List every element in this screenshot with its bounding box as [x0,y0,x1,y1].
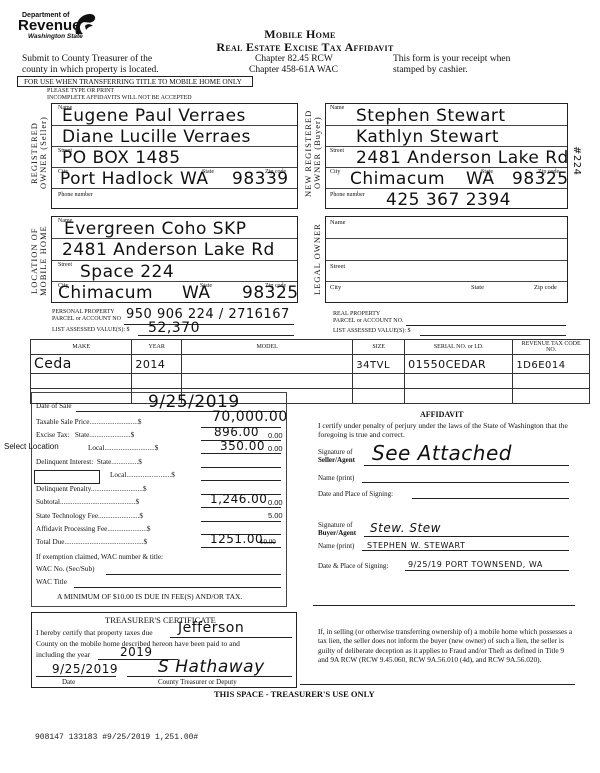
affidavit-title: AFFIDAVIT [420,410,463,419]
buyer-city-label: City [330,169,340,175]
cell-year[interactable] [132,374,182,389]
buyer-phone-row[interactable]: Phone number 425 367 2394 [326,189,567,210]
seller-name-1: Eugene Paul Verraes [62,107,246,125]
cell-serial[interactable]: 01550CEDAR [405,355,513,374]
treasurer-county: Jefferson [178,622,244,635]
cell-tax-code[interactable]: 1D6E014 [513,355,590,374]
lien-notice-top-rule [313,605,575,606]
treasurer-date-label: Date [62,678,75,686]
treasurer-date: 9/25/2019 [52,663,118,676]
minimum-notice: A MINIMUM OF $10.00 IS DUE IN FEE(S) AND… [57,592,242,601]
cell-serial[interactable] [405,389,513,404]
buyer-city-row[interactable]: City Chimacum State WA Zip code 98325 [326,168,567,189]
treasurer-line1: I hereby certify that property taxes due [36,628,153,637]
table-header-row: MAKE YEAR MODEL SIZE SERIAL NO. or I.D. … [31,340,590,355]
seller-phone-row[interactable]: Phone number [52,189,297,210]
location-name: Evergreen Coho SKP [64,220,247,238]
buyer-date-label: Date & Place of Signing: [318,562,388,570]
location-city-row[interactable]: City Chimacum State WA Zip code 98325 [52,282,297,304]
buyer-street: 2481 Anderson Lake Rd [356,149,569,167]
location-zip: 98325 [242,284,299,302]
legal-name-row[interactable]: Name [326,217,567,239]
buyer-date-line[interactable] [405,570,569,571]
seller-street: PO BOX 1485 [62,149,181,167]
lien-notice-bottom-rule [300,684,575,685]
buyer-name-line[interactable] [362,550,569,551]
cell-make[interactable] [31,374,132,389]
seller-city-row[interactable]: City Port Hadlock State WA Zip code 9833… [52,168,297,189]
buyer-name: STEPHEN W. STEWART [367,541,465,550]
buyer-section-label: NEW REGISTERED OWNER (Buyer) [304,103,322,203]
treasurer-county-line[interactable] [170,637,292,638]
col-make: MAKE [31,340,132,355]
location-select-dropdown[interactable] [34,470,100,484]
col-serial: SERIAL NO. or I.D. [405,340,513,355]
location-line2-row[interactable]: 2481 Anderson Lake Rd [52,239,297,261]
buyer-name-label: Name (print) [318,542,354,550]
subtotal-value: 1,246.00 [210,493,267,506]
wac-no-line[interactable] [106,574,281,575]
date-of-sale-label: Date of Sale [36,402,72,410]
cell-size[interactable] [353,389,405,404]
tech-fee-value: 5.00 [268,511,283,520]
tech-fee-line[interactable] [201,521,281,522]
real-parcel-line[interactable] [406,325,566,326]
col-year: YEAR [132,340,182,355]
treasurer-use-only-heading: THIS SPACE - TREASURER'S USE ONLY [214,689,375,699]
total-due-struck: 10.00 [260,538,276,546]
location-street-row[interactable]: Street Space 224 [52,261,297,282]
treasurer-sig-label: County Treasurer or Deputy [158,678,237,686]
buyer-name-1: Stephen Stewart [356,107,506,125]
subtotal-printed: 0.00 [268,498,283,507]
cell-tax-code[interactable] [513,374,590,389]
total-due-label: Total Due...............................… [36,538,147,546]
location-street-label: Street [58,262,72,268]
buyer-name-row-1[interactable]: Name Stephen Stewart [326,104,567,126]
personal-parcel-label-2: PARCEL or ACCOUNT NO [52,316,121,323]
chapter-rcw: Chapter 82.45 RCW [255,54,333,65]
legal-owner-section-label: LEGAL OWNER [312,216,322,303]
location-city: Chimacum [58,284,153,302]
location-line2: 2481 Anderson Lake Rd [62,241,275,259]
buyer-signature: Stew. Stew [370,522,441,535]
buyer-street-row[interactable]: Street 2481 Anderson Lake Rd [326,147,567,168]
seller-signature: See Attached [372,444,512,462]
lien-notice: If, in selling (or otherwise transferrin… [318,627,576,664]
cell-serial[interactable] [405,374,513,389]
seller-name-row-1[interactable]: Name Eugene Paul Verraes [52,104,297,126]
personal-assessed-value: 52,370 [148,322,200,335]
exemption-label: If exemption claimed, WAC number & title… [36,553,163,561]
transfer-notice-box: FOR USE WHEN TRANSFERRING TITLE TO MOBIL… [17,76,253,87]
buyer-street-label: Street [330,148,344,154]
affidavit-statement: I certify under penalty of perjury under… [318,421,570,439]
wac-title-line[interactable] [74,587,281,588]
cell-year[interactable]: 2014 [132,355,182,374]
location-block: Name Evergreen Coho SKP 2481 Anderson La… [51,216,298,303]
seller-zip: 98339 [232,170,289,188]
cell-model[interactable] [182,374,353,389]
legal-name-label: Name [330,219,346,226]
subtotal-label: Subtotal................................… [36,498,139,506]
personal-parcel-label-1: PERSONAL PROPERTY [52,309,115,316]
col-size: SIZE [353,340,405,355]
legal-state-label: State [471,284,484,291]
location-name-row[interactable]: Name Evergreen Coho SKP [52,217,297,239]
select-location-label[interactable]: Select Location [4,442,59,451]
cell-tax-code[interactable] [513,389,590,404]
excise-state-label: Excise Tax: State.......................… [36,431,134,439]
wave-swirl-icon [72,12,98,36]
buyer-phone: 425 367 2394 [386,191,511,209]
seller-date-label: Date and Place of Signing: [318,490,393,498]
seller-section-label: REGISTERED OWNER (Seller) [30,103,48,203]
seller-state: WA [180,170,209,188]
location-state: WA [182,284,211,302]
buyer-block: Name Stephen Stewart Kathlyn Stewart Str… [325,103,568,209]
personal-assessed-label: LIST ASSESSED VALUE(S): $ [52,327,130,334]
receipt-stamp: 908147 133183 #9/25/2019 1,251.00# [35,733,198,742]
receipt-note-1: This form is your receipt when [393,54,510,65]
wac-no-label: WAC No. (Sec/Sub) [36,565,95,573]
legal-city-label: City [330,284,341,291]
col-model: MODEL [182,340,353,355]
tech-fee-label: State Technology Fee....................… [36,512,143,520]
seller-signature-line[interactable] [364,465,569,466]
delinquent-interest-state-label: Delinquent Interest: State..............… [36,458,142,466]
seller-name-2: Diane Lucille Verraes [62,128,251,146]
form-title-line2: Real Estate Excise Tax Affidavit [160,40,450,55]
legal-owner-block: Name Street City State Zip code [325,216,568,303]
delinquent-interest-local-line[interactable] [201,480,281,481]
seller-city: Port Hadlock [60,170,173,188]
real-parcel-label-2: PARCEL or ACCOUNT NO. [333,318,403,325]
legal-name-row-2[interactable] [326,239,567,261]
buyer-name-label: Name [330,105,344,111]
col-tax-code: REVENUE TAX CODE NO. [513,340,590,355]
seller-street-row[interactable]: Street PO BOX 1485 [52,147,297,168]
buyer-name-2: Kathlyn Stewart [356,128,499,146]
buyer-phone-label: Phone number [330,192,365,198]
wac-title-label: WAC Title [36,578,67,586]
legal-street-row[interactable]: Street [326,261,567,282]
legal-city-row[interactable]: City State Zip code [326,282,567,304]
chapter-wac: Chapter 458-61A WAC [249,65,338,76]
submit-instruction-2: county in which property is located. [22,65,159,76]
processing-fee-label: Affidavit Processing Fee................… [36,525,150,533]
buyer-street-suffix: #224 [570,146,583,175]
real-assessed-label: LIST ASSESSED VALUE(S): $ [333,328,411,335]
total-due-value: 1251.00 [210,533,263,546]
buyer-name-row-2[interactable]: Kathlyn Stewart [326,126,567,147]
dor-logo: Department of Revenue Washington State [18,12,108,42]
excise-state-printed: 0.00 [268,431,283,440]
submit-instruction-1: Submit to County Treasurer of the [22,54,152,65]
buyer-state: WA [466,170,495,188]
buyer-signature-line[interactable] [364,536,569,537]
treasurer-signature: S Hathaway [158,658,265,676]
subtotal-line[interactable] [201,507,281,508]
delinquent-interest-state-line[interactable] [201,467,281,468]
excise-local-printed: 0.00 [268,444,283,453]
type-or-print-note: PLEASE TYPE OR PRINT [47,88,114,95]
total-due-line[interactable] [201,547,281,548]
legal-zip-label: Zip code [534,284,557,291]
buyer-date: 9/25/19 PORT TOWNSEND, WA [408,560,543,569]
location-street: Space 224 [80,263,174,281]
receipt-note-2: stamped by cashier. [393,65,468,76]
real-assessed-line[interactable] [420,335,566,336]
table-row [31,374,590,389]
buyer-zip: 98325 [512,170,569,188]
seller-date-line[interactable] [412,498,569,499]
incomplete-note: INCOMPLETE AFFIDAVITS WILL NOT BE ACCEPT… [47,95,192,102]
cell-size[interactable] [353,374,405,389]
excise-state-value: 896.00 [214,426,259,439]
excise-local-label: Local............................$ [88,444,158,452]
taxable-price-value: 70,000.00 [212,411,288,424]
treasurer-line3: including the year [36,650,90,659]
delinquent-interest-local-label: Local.........................$ [110,471,175,479]
table-row: Ceda 2014 34TVL 01550CEDAR 1D6E014 [31,355,590,374]
treasurer-year: 2019 [120,646,153,659]
seller-block: Name Eugene Paul Verraes Diane Lucille V… [51,103,298,209]
cell-size[interactable]: 34TVL [353,355,405,374]
seller-name-row-2[interactable]: Diane Lucille Verraes [52,126,297,147]
seller-sig-label: Signature of Seller/Agent [318,448,355,464]
delinquent-penalty-label: Delinquent Penalty......................… [36,485,147,493]
seller-name-label: Name (print) [318,474,354,482]
seller-name-line[interactable] [362,482,569,483]
cell-model[interactable] [182,355,353,374]
taxable-price-label: Taxable Sale Price......................… [36,418,142,426]
cell-make[interactable]: Ceda [31,355,132,374]
treasurer-date-line[interactable] [36,676,116,677]
buyer-city: Chimacum [350,170,445,188]
excise-local-value: 350.00 [220,440,265,453]
seller-phone-label: Phone number [58,192,93,198]
legal-street-label: Street [330,263,345,270]
location-section-label: LOCATION OF MOBILE HOME [30,216,48,306]
buyer-sig-label: Signature of Buyer/Agent [318,521,356,537]
excise-local-line[interactable] [201,453,281,454]
real-parcel-label-1: REAL PROPERTY [333,311,380,318]
